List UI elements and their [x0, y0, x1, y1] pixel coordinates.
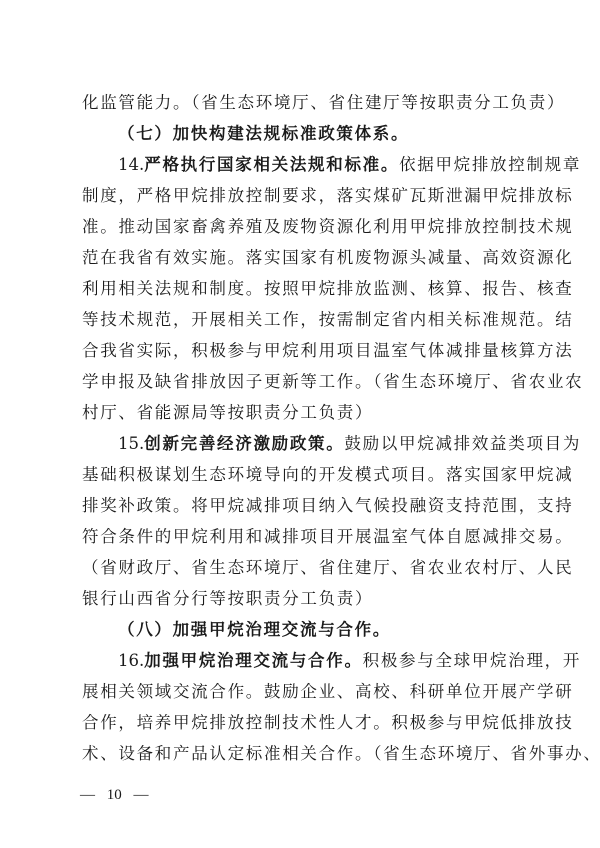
- line-text: 化监管能力。（省生态环境厅、省住建厅等按职责分工负责）: [82, 93, 565, 112]
- paragraph-line: 银行山西省分行等按职责分工负责）: [82, 589, 522, 609]
- item-title: 加强甲烷治理交流与合作。: [144, 651, 362, 670]
- line-text: 合我省实际，积极参与甲烷利用项目温室气体减排量核算方法: [82, 341, 573, 360]
- line-text: 术、设备和产品认定标准相关合作。（省生态环境厅、省外事办、: [82, 744, 600, 763]
- paragraph-line: 合作，培养甲烷排放控制技术性人才。积极参与甲烷低排放技: [82, 713, 522, 733]
- page-number: — 10 —: [80, 787, 149, 804]
- item-number: 16.: [118, 651, 144, 670]
- item-number: 14.: [118, 155, 144, 174]
- line-text: 银行山西省分行等按职责分工负责）: [82, 589, 373, 608]
- line-text: 合作，培养甲烷排放控制技术性人才。积极参与甲烷低排放技: [82, 713, 573, 732]
- paragraph-line: 术、设备和产品认定标准相关合作。（省生态环境厅、省外事办、: [82, 744, 522, 764]
- paragraph-line: 制度，严格甲烷排放控制要求，落实煤矿瓦斯泄漏甲烷排放标: [82, 186, 522, 206]
- line-text: 依据甲烷排放控制规章: [399, 155, 581, 174]
- paragraph-line: 范在我省有效实施。落实国家有机废物源头减量、高效资源化: [82, 248, 522, 268]
- paragraph-line: 符合条件的甲烷利用和减排项目开展温室气体自愿减排交易。: [82, 527, 522, 547]
- line-text: 展相关领域交流合作。鼓励企业、高校、科研单位开展产学研: [82, 682, 573, 701]
- item-14-first-line: 14.严格执行国家相关法规和标准。依据甲烷排放控制规章: [118, 155, 558, 175]
- item-title: 严格执行国家相关法规和标准。: [144, 155, 399, 174]
- item-15-first-line: 15.创新完善经济激励政策。鼓励以甲烷减排效益类项目为: [118, 434, 558, 454]
- paragraph-line: 学申报及缺省排放因子更新等工作。（省生态环境厅、省农业农: [82, 372, 522, 392]
- paragraph-line: 等技术规范，开展相关工作，按需制定省内相关标准规范。结: [82, 310, 522, 330]
- paragraph-line: （省财政厅、省生态环境厅、省住建厅、省农业农村厅、人民: [82, 558, 522, 578]
- paragraph-line: 利用相关法规和制度。按照甲烷排放监测、核算、报告、核查: [82, 279, 522, 299]
- paragraph-line: 准。推动国家畜禽养殖及废物资源化利用甲烷排放控制技术规: [82, 217, 522, 237]
- line-text: 学申报及缺省排放因子更新等工作。（省生态环境厅、省农业农: [82, 372, 583, 391]
- section-heading-7: （七）加快构建法规标准政策体系。: [118, 124, 558, 144]
- heading-text: （八）加强甲烷治理交流与合作。: [118, 620, 391, 639]
- line-text: 排奖补政策。将甲烷减排项目纳入气候投融资支持范围，支持: [82, 496, 573, 515]
- line-text: 积极参与全球甲烷治理，开: [363, 651, 581, 670]
- line-text: 制度，严格甲烷排放控制要求，落实煤矿瓦斯泄漏甲烷排放标: [82, 186, 573, 205]
- paragraph-line: 排奖补政策。将甲烷减排项目纳入气候投融资支持范围，支持: [82, 496, 522, 516]
- item-16-first-line: 16.加强甲烷治理交流与合作。积极参与全球甲烷治理，开: [118, 651, 558, 671]
- line-text: 鼓励以甲烷减排效益类项目为: [344, 434, 581, 453]
- paragraph-line: 合我省实际，积极参与甲烷利用项目温室气体减排量核算方法: [82, 341, 522, 361]
- line-text: 等技术规范，开展相关工作，按需制定省内相关标准规范。结: [82, 310, 573, 329]
- item-number: 15.: [118, 434, 144, 453]
- line-text: 基础积极谋划生态环境导向的开发模式项目。落实国家甲烷减: [82, 465, 573, 484]
- paragraph-line: 化监管能力。（省生态环境厅、省住建厅等按职责分工负责）: [82, 93, 522, 113]
- line-text: 范在我省有效实施。落实国家有机废物源头减量、高效资源化: [82, 248, 573, 267]
- line-text: （省财政厅、省生态环境厅、省住建厅、省农业农村厅、人民: [82, 558, 573, 577]
- paragraph-line: 基础积极谋划生态环境导向的开发模式项目。落实国家甲烷减: [82, 465, 522, 485]
- line-text: 村厅、省能源局等按职责分工负责）: [82, 403, 373, 422]
- heading-text: （七）加快构建法规标准政策体系。: [118, 124, 409, 143]
- document-page: 化监管能力。（省生态环境厅、省住建厅等按职责分工负责） （七）加快构建法规标准政…: [0, 0, 600, 848]
- item-title: 创新完善经济激励政策。: [144, 434, 344, 453]
- line-text: 符合条件的甲烷利用和减排项目开展温室气体自愿减排交易。: [82, 527, 573, 546]
- line-text: 准。推动国家畜禽养殖及废物资源化利用甲烷排放控制技术规: [82, 217, 573, 236]
- paragraph-line: 村厅、省能源局等按职责分工负责）: [82, 403, 522, 423]
- line-text: 利用相关法规和制度。按照甲烷排放监测、核算、报告、核查: [82, 279, 573, 298]
- section-heading-8: （八）加强甲烷治理交流与合作。: [118, 620, 558, 640]
- paragraph-line: 展相关领域交流合作。鼓励企业、高校、科研单位开展产学研: [82, 682, 522, 702]
